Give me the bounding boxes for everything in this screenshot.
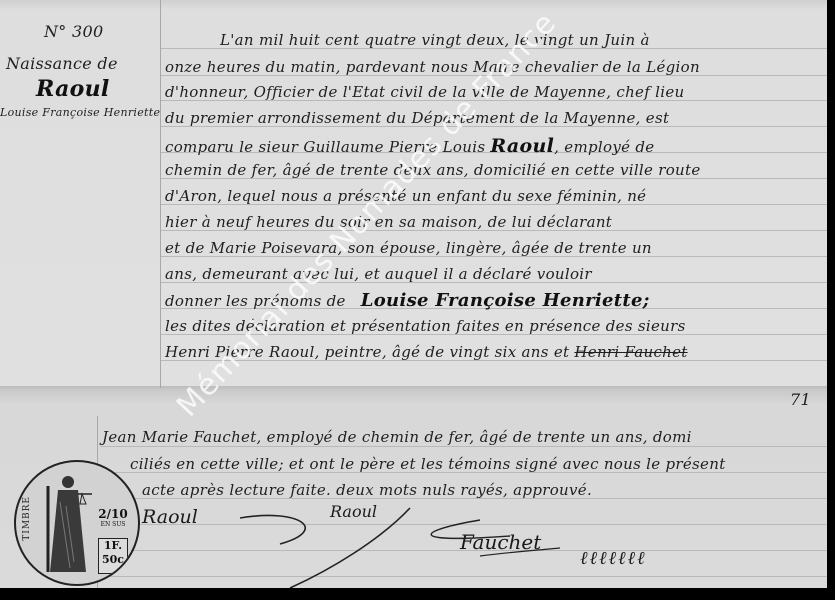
- ruled-line: [100, 446, 827, 447]
- margin-given-names: Louise Françoise Henriette: [0, 106, 160, 119]
- text-line-16: acte après lecture faite. deux mots nuls…: [142, 481, 592, 499]
- text-line-10: ans, demeurant avec lui, et auquel il a …: [165, 265, 592, 283]
- record-number: N° 300: [44, 22, 103, 41]
- scan-border-right: [827, 0, 835, 600]
- father-occupation: , employé de: [554, 138, 654, 156]
- text-line-9: et de Marie Poisevara, son épouse, lingè…: [165, 239, 652, 257]
- fiscal-stamp: TIMBRE 2/10 EN SUS 1F. 50c: [14, 460, 140, 586]
- margin-surname: Raoul: [36, 76, 110, 102]
- text-line-2: onze heures du matin, pardevant nous Mai…: [165, 58, 700, 76]
- text-line-3: d'honneur, Officier de l'Etat civil de l…: [165, 83, 684, 101]
- text-line-4: du premier arrondissement du Département…: [165, 109, 669, 127]
- stamp-label: TIMBRE: [22, 496, 32, 541]
- stamp-surcharge: 2/10 EN SUS: [96, 508, 130, 534]
- scanned-register-page: N° 300 Naissance de Raoul Louise Françoi…: [0, 0, 827, 588]
- justice-figure-icon: [40, 472, 92, 576]
- struck-words: Henri Fauchet: [574, 343, 687, 361]
- stamp-price: 1F. 50c: [98, 538, 128, 574]
- father-surname: Raoul: [490, 135, 554, 157]
- signature-flourishes: [180, 500, 600, 588]
- child-given-names: Louise Françoise Henriette;: [361, 290, 650, 311]
- margin-heading: Naissance de: [6, 54, 118, 73]
- text-line-14: Jean Marie Fauchet, employé de chemin de…: [102, 428, 692, 446]
- scan-border-bottom: [0, 588, 835, 600]
- text-line-15: ciliés en cette ville; et ont le père et…: [130, 455, 726, 473]
- text-line-11: donner les prénoms de Louise Françoise H…: [165, 290, 650, 311]
- margin-rule: [160, 0, 161, 388]
- folio-number: 71: [790, 390, 811, 409]
- text-line-1: L'an mil huit cent quatre vingt deux, le…: [220, 31, 650, 49]
